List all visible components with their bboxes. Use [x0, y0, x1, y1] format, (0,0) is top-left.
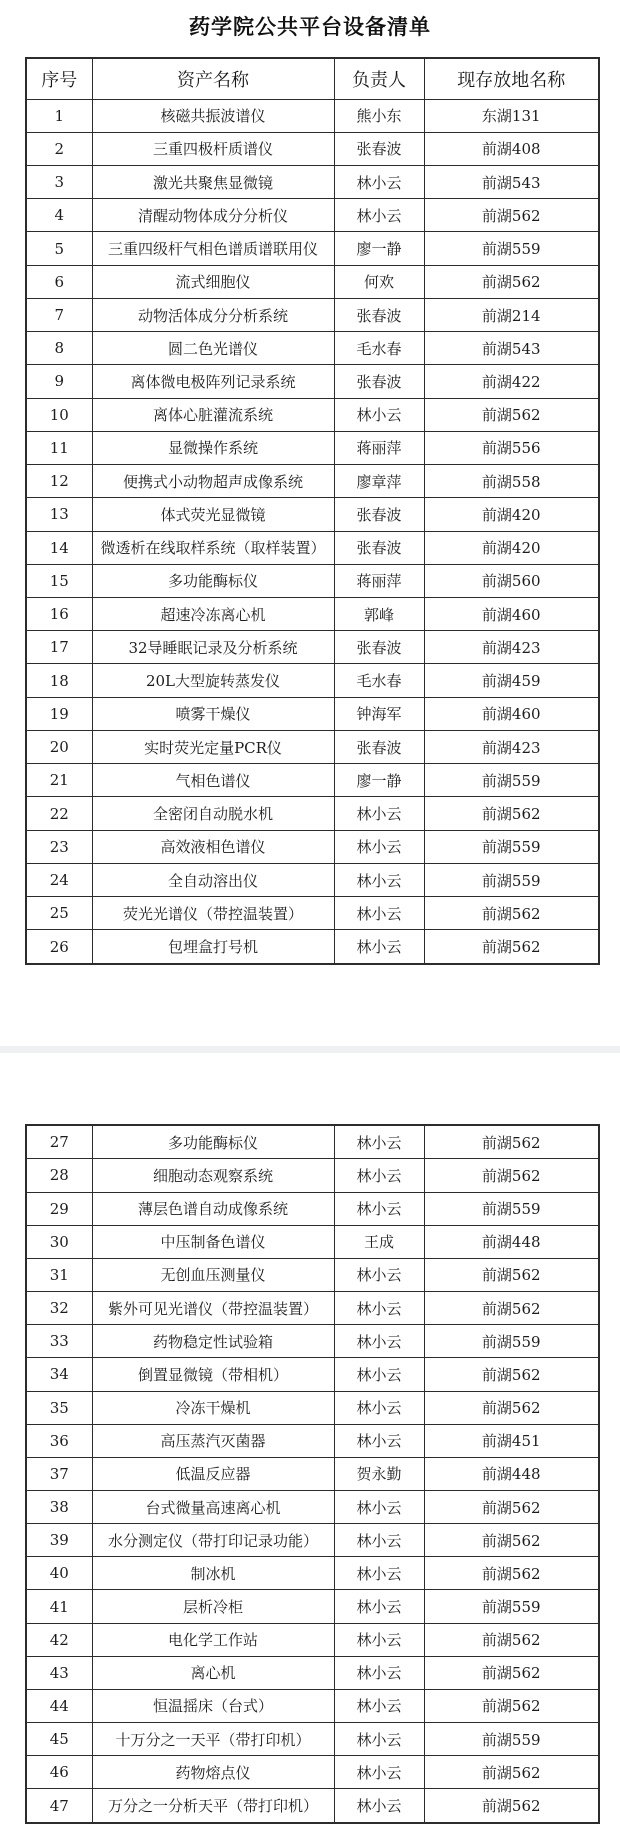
cell-person: 林小云 [334, 797, 424, 830]
cell-location: 前湖562 [424, 265, 599, 298]
cell-location: 前湖459 [424, 664, 599, 697]
cell-asset-name: 中压制备色谱仪 [92, 1225, 334, 1258]
cell-serial: 31 [26, 1258, 92, 1291]
cell-person: 林小云 [334, 1424, 424, 1457]
table-row: 46药物熔点仪林小云前湖562 [26, 1756, 599, 1789]
cell-person: 林小云 [334, 1258, 424, 1291]
cell-serial: 6 [26, 265, 92, 298]
table-row: 4清醒动物体成分分析仪林小云前湖562 [26, 199, 599, 232]
cell-serial: 38 [26, 1490, 92, 1523]
cell-serial: 17 [26, 631, 92, 664]
cell-serial: 44 [26, 1689, 92, 1722]
cell-serial: 22 [26, 797, 92, 830]
cell-location: 前湖543 [424, 165, 599, 198]
cell-asset-name: 全密闭自动脱水机 [92, 797, 334, 830]
table-row: 45十万分之一天平（带打印机）林小云前湖559 [26, 1723, 599, 1756]
cell-location: 前湖420 [424, 498, 599, 531]
cell-serial: 3 [26, 165, 92, 198]
cell-serial: 35 [26, 1391, 92, 1424]
cell-asset-name: 倒置显微镜（带相机） [92, 1358, 334, 1391]
cell-serial: 9 [26, 365, 92, 398]
cell-person: 熊小东 [334, 99, 424, 132]
column-header-serial: 序号 [26, 58, 92, 99]
table-row: 14微透析在线取样系统（取样装置）张春波前湖420 [26, 531, 599, 564]
cell-asset-name: 包埋盒打号机 [92, 930, 334, 964]
cell-location: 前湖560 [424, 564, 599, 597]
cell-location: 前湖562 [424, 1789, 599, 1823]
table-row: 40制冰机林小云前湖562 [26, 1557, 599, 1590]
cell-location: 前湖214 [424, 298, 599, 331]
cell-serial: 43 [26, 1656, 92, 1689]
cell-person: 林小云 [334, 398, 424, 431]
cell-person: 毛水春 [334, 332, 424, 365]
cell-asset-name: 制冰机 [92, 1557, 334, 1590]
cell-person: 廖一静 [334, 232, 424, 265]
cell-asset-name: 多功能酶标仪 [92, 564, 334, 597]
cell-asset-name: 水分测定仪（带打印记录功能） [92, 1524, 334, 1557]
cell-location: 前湖460 [424, 598, 599, 631]
cell-person: 林小云 [334, 897, 424, 930]
cell-serial: 25 [26, 897, 92, 930]
cell-serial: 1 [26, 99, 92, 132]
cell-serial: 37 [26, 1457, 92, 1490]
cell-serial: 15 [26, 564, 92, 597]
table-row: 19喷雾干燥仪钟海军前湖460 [26, 697, 599, 730]
cell-serial: 13 [26, 498, 92, 531]
cell-location: 前湖562 [424, 199, 599, 232]
cell-location: 前湖562 [424, 1258, 599, 1291]
column-header-location: 现存放地名称 [424, 58, 599, 99]
cell-asset-name: 三重四级杆气相色谱质谱联用仪 [92, 232, 334, 265]
cell-location: 前湖562 [424, 1391, 599, 1424]
cell-asset-name: 离体心脏灌流系统 [92, 398, 334, 431]
cell-person: 廖一静 [334, 764, 424, 797]
cell-location: 前湖460 [424, 697, 599, 730]
equipment-table-page2: 27多功能酶标仪林小云前湖56228细胞动态观察系统林小云前湖56229薄层色谱… [25, 1124, 600, 1824]
cell-serial: 32 [26, 1292, 92, 1325]
column-header-person: 负责人 [334, 58, 424, 99]
cell-location: 前湖559 [424, 232, 599, 265]
cell-asset-name: 离体微电极阵列记录系统 [92, 365, 334, 398]
cell-location: 前湖420 [424, 531, 599, 564]
cell-person: 林小云 [334, 1723, 424, 1756]
cell-location: 前湖562 [424, 897, 599, 930]
cell-location: 前湖562 [424, 1557, 599, 1590]
cell-serial: 36 [26, 1424, 92, 1457]
cell-serial: 5 [26, 232, 92, 265]
table-row: 15多功能酶标仪蒋丽萍前湖560 [26, 564, 599, 597]
cell-serial: 45 [26, 1723, 92, 1756]
table-row: 13体式荧光显微镜张春波前湖420 [26, 498, 599, 531]
cell-location: 前湖562 [424, 1524, 599, 1557]
cell-person: 蒋丽萍 [334, 564, 424, 597]
table-row: 38台式微量高速离心机林小云前湖562 [26, 1490, 599, 1523]
table-row: 44恒温摇床（台式）林小云前湖562 [26, 1689, 599, 1722]
cell-asset-name: 万分之一分析天平（带打印机） [92, 1789, 334, 1823]
cell-location: 前湖562 [424, 1756, 599, 1789]
cell-location: 前湖559 [424, 764, 599, 797]
cell-asset-name: 多功能酶标仪 [92, 1125, 334, 1159]
cell-asset-name: 紫外可见光谱仪（带控温装置） [92, 1292, 334, 1325]
cell-serial: 16 [26, 598, 92, 631]
table-row: 6流式细胞仪何欢前湖562 [26, 265, 599, 298]
cell-asset-name: 薄层色谱自动成像系统 [92, 1192, 334, 1225]
cell-person: 贺永勤 [334, 1457, 424, 1490]
cell-location: 前湖562 [424, 1292, 599, 1325]
table-row: 7动物活体成分分析系统张春波前湖214 [26, 298, 599, 331]
cell-asset-name: 离心机 [92, 1656, 334, 1689]
table-header-row: 序号 资产名称 负责人 现存放地名称 [26, 58, 599, 99]
table-row: 26包埋盒打号机林小云前湖562 [26, 930, 599, 964]
table-row: 9离体微电极阵列记录系统张春波前湖422 [26, 365, 599, 398]
cell-person: 林小云 [334, 930, 424, 964]
cell-serial: 7 [26, 298, 92, 331]
table-row: 31无创血压测量仪林小云前湖562 [26, 1258, 599, 1291]
cell-person: 张春波 [334, 730, 424, 763]
cell-person: 林小云 [334, 830, 424, 863]
table-row: 1核磁共振波谱仪熊小东东湖131 [26, 99, 599, 132]
column-header-asset: 资产名称 [92, 58, 334, 99]
table-row: 1732导睡眠记录及分析系统张春波前湖423 [26, 631, 599, 664]
cell-serial: 24 [26, 863, 92, 896]
cell-person: 张春波 [334, 631, 424, 664]
page-break-divider [0, 1046, 620, 1053]
table-body-page2: 27多功能酶标仪林小云前湖56228细胞动态观察系统林小云前湖56229薄层色谱… [26, 1125, 599, 1823]
cell-asset-name: 显微操作系统 [92, 431, 334, 464]
cell-asset-name: 20L大型旋转蒸发仪 [92, 664, 334, 697]
cell-person: 林小云 [334, 1789, 424, 1823]
cell-asset-name: 细胞动态观察系统 [92, 1159, 334, 1192]
cell-location: 前湖451 [424, 1424, 599, 1457]
cell-location: 前湖562 [424, 1125, 599, 1159]
cell-asset-name: 气相色谱仪 [92, 764, 334, 797]
cell-asset-name: 高压蒸汽灭菌器 [92, 1424, 334, 1457]
cell-person: 林小云 [334, 199, 424, 232]
cell-location: 前湖559 [424, 1590, 599, 1623]
cell-location: 前湖562 [424, 1623, 599, 1656]
cell-serial: 28 [26, 1159, 92, 1192]
cell-serial: 20 [26, 730, 92, 763]
cell-person: 林小云 [334, 1557, 424, 1590]
cell-serial: 40 [26, 1557, 92, 1590]
cell-serial: 19 [26, 697, 92, 730]
cell-location: 前湖556 [424, 431, 599, 464]
equipment-table-page1: 序号 资产名称 负责人 现存放地名称 1核磁共振波谱仪熊小东东湖1312三重四极… [25, 57, 600, 965]
cell-person: 林小云 [334, 1125, 424, 1159]
cell-serial: 21 [26, 764, 92, 797]
cell-location: 前湖562 [424, 1689, 599, 1722]
table-row: 3激光共聚焦显微镜林小云前湖543 [26, 165, 599, 198]
cell-serial: 4 [26, 199, 92, 232]
cell-asset-name: 流式细胞仪 [92, 265, 334, 298]
cell-serial: 41 [26, 1590, 92, 1623]
cell-location: 前湖559 [424, 1192, 599, 1225]
cell-location: 前湖543 [424, 332, 599, 365]
cell-person: 林小云 [334, 1159, 424, 1192]
cell-asset-name: 三重四极杆质谱仪 [92, 132, 334, 165]
cell-asset-name: 动物活体成分分析系统 [92, 298, 334, 331]
cell-person: 林小云 [334, 1689, 424, 1722]
table-row: 33药物稳定性试验箱林小云前湖559 [26, 1325, 599, 1358]
cell-location: 前湖408 [424, 132, 599, 165]
table-row: 37低温反应器贺永勤前湖448 [26, 1457, 599, 1490]
table-row: 29薄层色谱自动成像系统林小云前湖559 [26, 1192, 599, 1225]
table-row: 10离体心脏灌流系统林小云前湖562 [26, 398, 599, 431]
cell-asset-name: 喷雾干燥仪 [92, 697, 334, 730]
table-row: 36高压蒸汽灭菌器林小云前湖451 [26, 1424, 599, 1457]
table-body-page1: 1核磁共振波谱仪熊小东东湖1312三重四极杆质谱仪张春波前湖4083激光共聚焦显… [26, 99, 599, 964]
cell-serial: 30 [26, 1225, 92, 1258]
cell-serial: 46 [26, 1756, 92, 1789]
table-row: 12便携式小动物超声成像系统廖章萍前湖558 [26, 465, 599, 498]
cell-serial: 47 [26, 1789, 92, 1823]
cell-location: 前湖562 [424, 1159, 599, 1192]
table-row: 47万分之一分析天平（带打印机）林小云前湖562 [26, 1789, 599, 1823]
cell-asset-name: 全自动溶出仪 [92, 863, 334, 896]
cell-asset-name: 低温反应器 [92, 1457, 334, 1490]
table-row: 28细胞动态观察系统林小云前湖562 [26, 1159, 599, 1192]
cell-asset-name: 激光共聚焦显微镜 [92, 165, 334, 198]
cell-serial: 23 [26, 830, 92, 863]
cell-person: 林小云 [334, 165, 424, 198]
cell-serial: 18 [26, 664, 92, 697]
cell-location: 前湖562 [424, 398, 599, 431]
table-row: 32紫外可见光谱仪（带控温装置）林小云前湖562 [26, 1292, 599, 1325]
table-row: 5三重四级杆气相色谱质谱联用仪廖一静前湖559 [26, 232, 599, 265]
cell-person: 蒋丽萍 [334, 431, 424, 464]
cell-location: 前湖562 [424, 930, 599, 964]
cell-serial: 2 [26, 132, 92, 165]
cell-person: 林小云 [334, 1623, 424, 1656]
cell-asset-name: 台式微量高速离心机 [92, 1490, 334, 1523]
table-row: 23高效液相色谱仪林小云前湖559 [26, 830, 599, 863]
cell-serial: 42 [26, 1623, 92, 1656]
cell-person: 林小云 [334, 1490, 424, 1523]
cell-person: 张春波 [334, 298, 424, 331]
table-row: 42电化学工作站林小云前湖562 [26, 1623, 599, 1656]
cell-location: 前湖448 [424, 1457, 599, 1490]
cell-location: 前湖562 [424, 1358, 599, 1391]
cell-person: 张春波 [334, 531, 424, 564]
cell-person: 钟海军 [334, 697, 424, 730]
cell-location: 前湖562 [424, 1656, 599, 1689]
cell-serial: 33 [26, 1325, 92, 1358]
cell-location: 前湖562 [424, 797, 599, 830]
cell-location: 前湖423 [424, 631, 599, 664]
cell-asset-name: 便携式小动物超声成像系统 [92, 465, 334, 498]
cell-asset-name: 核磁共振波谱仪 [92, 99, 334, 132]
cell-person: 林小云 [334, 1756, 424, 1789]
cell-asset-name: 药物熔点仪 [92, 1756, 334, 1789]
table-row: 11显微操作系统蒋丽萍前湖556 [26, 431, 599, 464]
cell-person: 林小云 [334, 1391, 424, 1424]
cell-asset-name: 清醒动物体成分分析仪 [92, 199, 334, 232]
cell-serial: 10 [26, 398, 92, 431]
cell-location: 前湖562 [424, 1490, 599, 1523]
cell-serial: 26 [26, 930, 92, 964]
cell-asset-name: 恒温摇床（台式） [92, 1689, 334, 1722]
table-row: 1820L大型旋转蒸发仪毛水春前湖459 [26, 664, 599, 697]
cell-asset-name: 电化学工作站 [92, 1623, 334, 1656]
cell-asset-name: 冷冻干燥机 [92, 1391, 334, 1424]
cell-person: 张春波 [334, 132, 424, 165]
table-row: 16超速冷冻离心机郭峰前湖460 [26, 598, 599, 631]
cell-person: 林小云 [334, 1524, 424, 1557]
cell-serial: 11 [26, 431, 92, 464]
cell-location: 前湖423 [424, 730, 599, 763]
cell-asset-name: 圆二色光谱仪 [92, 332, 334, 365]
table-row: 25荧光光谱仪（带控温装置）林小云前湖562 [26, 897, 599, 930]
cell-serial: 27 [26, 1125, 92, 1159]
cell-location: 前湖448 [424, 1225, 599, 1258]
cell-asset-name: 体式荧光显微镜 [92, 498, 334, 531]
table-row: 27多功能酶标仪林小云前湖562 [26, 1125, 599, 1159]
table-row: 2三重四极杆质谱仪张春波前湖408 [26, 132, 599, 165]
table-row: 21气相色谱仪廖一静前湖559 [26, 764, 599, 797]
cell-location: 前湖422 [424, 365, 599, 398]
cell-serial: 39 [26, 1524, 92, 1557]
cell-person: 林小云 [334, 1325, 424, 1358]
table-row: 20实时荧光定量PCR仪张春波前湖423 [26, 730, 599, 763]
cell-location: 东湖131 [424, 99, 599, 132]
cell-location: 前湖559 [424, 863, 599, 896]
cell-asset-name: 层析冷柜 [92, 1590, 334, 1623]
cell-person: 林小云 [334, 1292, 424, 1325]
cell-serial: 14 [26, 531, 92, 564]
cell-serial: 8 [26, 332, 92, 365]
cell-location: 前湖558 [424, 465, 599, 498]
table-row: 43离心机林小云前湖562 [26, 1656, 599, 1689]
cell-person: 林小云 [334, 1590, 424, 1623]
cell-person: 林小云 [334, 1656, 424, 1689]
page-title: 药学院公共平台设备清单 [0, 11, 620, 41]
table-row: 30中压制备色谱仪王成前湖448 [26, 1225, 599, 1258]
cell-asset-name: 高效液相色谱仪 [92, 830, 334, 863]
table-row: 24全自动溶出仪林小云前湖559 [26, 863, 599, 896]
cell-location: 前湖559 [424, 830, 599, 863]
table-row: 34倒置显微镜（带相机）林小云前湖562 [26, 1358, 599, 1391]
cell-asset-name: 十万分之一天平（带打印机） [92, 1723, 334, 1756]
cell-location: 前湖559 [424, 1325, 599, 1358]
cell-person: 张春波 [334, 365, 424, 398]
cell-asset-name: 实时荧光定量PCR仪 [92, 730, 334, 763]
cell-person: 张春波 [334, 498, 424, 531]
cell-serial: 12 [26, 465, 92, 498]
cell-person: 郭峰 [334, 598, 424, 631]
cell-asset-name: 药物稳定性试验箱 [92, 1325, 334, 1358]
cell-person: 何欢 [334, 265, 424, 298]
table-row: 35冷冻干燥机林小云前湖562 [26, 1391, 599, 1424]
cell-person: 林小云 [334, 1192, 424, 1225]
cell-person: 王成 [334, 1225, 424, 1258]
cell-asset-name: 微透析在线取样系统（取样装置） [92, 531, 334, 564]
cell-person: 毛水春 [334, 664, 424, 697]
cell-location: 前湖559 [424, 1723, 599, 1756]
cell-asset-name: 32导睡眠记录及分析系统 [92, 631, 334, 664]
cell-asset-name: 荧光光谱仪（带控温装置） [92, 897, 334, 930]
table-row: 39水分测定仪（带打印记录功能）林小云前湖562 [26, 1524, 599, 1557]
table-row: 8圆二色光谱仪毛水春前湖543 [26, 332, 599, 365]
cell-asset-name: 超速冷冻离心机 [92, 598, 334, 631]
table-row: 22全密闭自动脱水机林小云前湖562 [26, 797, 599, 830]
cell-person: 林小云 [334, 1358, 424, 1391]
cell-serial: 34 [26, 1358, 92, 1391]
cell-asset-name: 无创血压测量仪 [92, 1258, 334, 1291]
table-row: 41层析冷柜林小云前湖559 [26, 1590, 599, 1623]
cell-person: 林小云 [334, 863, 424, 896]
cell-serial: 29 [26, 1192, 92, 1225]
cell-person: 廖章萍 [334, 465, 424, 498]
